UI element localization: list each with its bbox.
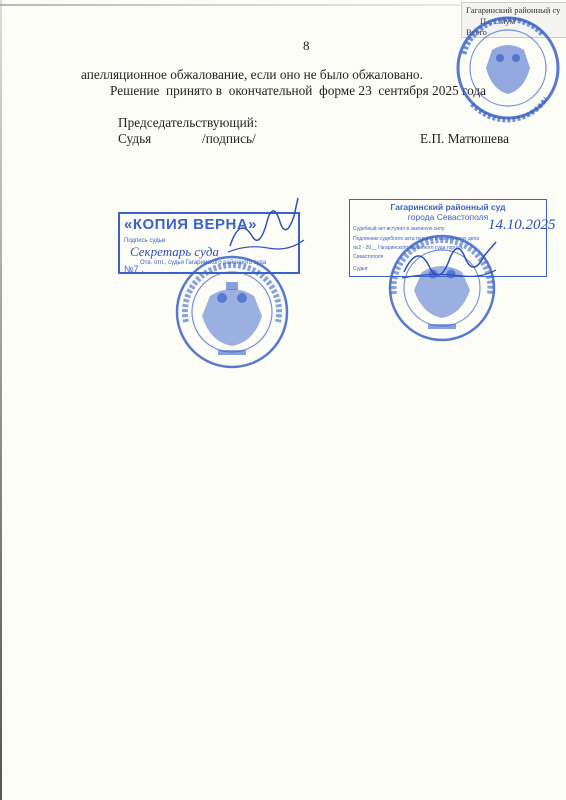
copy-stamp-number: №7 . bbox=[124, 264, 144, 274]
court-stamp-line-5: Судья: bbox=[353, 266, 369, 272]
body-line-2: Решение принято в окончательной форме 23… bbox=[110, 83, 486, 99]
scan-top-edge bbox=[0, 4, 460, 6]
body-line-1: апелляционное обжалование, если оно не б… bbox=[81, 67, 423, 83]
judge-name: Е.П. Матюшева bbox=[420, 131, 509, 147]
court-seal-left-icon bbox=[172, 252, 292, 372]
scan-left-edge bbox=[0, 0, 2, 800]
signature-placeholder: /подпись/ bbox=[202, 131, 256, 147]
signature-scribble-right-icon bbox=[400, 236, 500, 286]
judge-label: Судья bbox=[118, 131, 151, 147]
page-number: 8 bbox=[303, 38, 310, 54]
court-seal-top-icon bbox=[442, 14, 566, 124]
presiding-label: Председательствующий: bbox=[118, 115, 258, 131]
court-stamp-title: Гагаринский районный суд bbox=[350, 202, 546, 212]
court-stamp-line-4: Севастополя bbox=[353, 254, 383, 260]
